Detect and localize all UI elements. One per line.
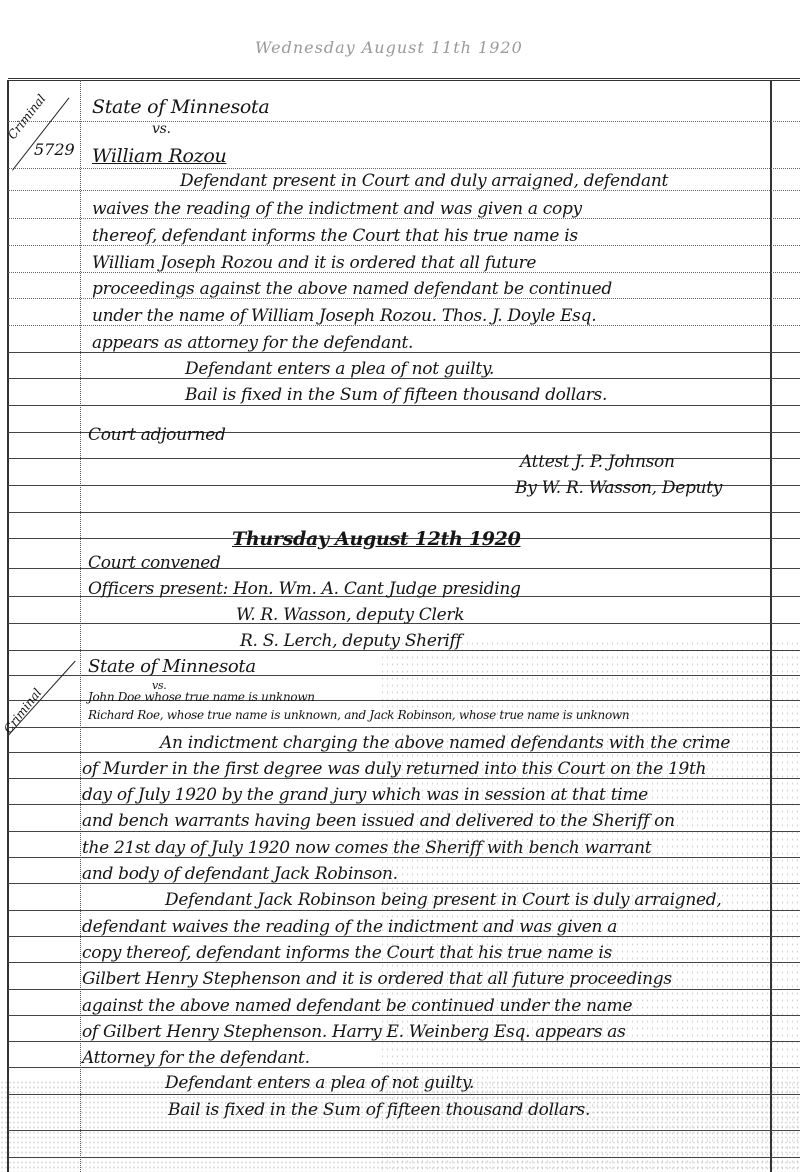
ruled-line [8, 727, 800, 728]
entry-text-line: of Murder in the first degree was duly r… [82, 759, 706, 779]
ruled-line [8, 458, 800, 459]
entry-text-line: waives the reading of the indictment and… [92, 199, 582, 219]
entry-text-line: William Joseph Rozou and it is ordered t… [92, 253, 536, 273]
defendants-roe-robinson: Richard Roe, whose true name is unknown,… [88, 708, 629, 722]
officers-present: Officers present: Hon. Wm. A. Cant Judge… [88, 579, 521, 599]
page-header: Wednesday August 11th 1920 [255, 38, 523, 57]
margin-slash [8, 661, 76, 736]
ruled-line [8, 121, 800, 122]
entry-text-line: Attorney for the defendant. [82, 1048, 310, 1068]
ruled-line [8, 1157, 800, 1158]
bail-line: Bail is fixed in the Sum of fifteen thou… [185, 385, 607, 405]
case-caption-plaintiff: State of Minnesota [88, 656, 256, 677]
ruled-line [8, 1130, 800, 1131]
entry-text-line: thereof, defendant informs the Court tha… [92, 226, 578, 246]
entry-text-line: the 21st day of July 1920 now comes the … [82, 838, 651, 858]
entry-text-line: Defendant present in Court and duly arra… [180, 171, 668, 191]
entry-text-line: against the above named defendant be con… [82, 996, 632, 1016]
date-heading: Thursday August 12th 1920 [232, 528, 521, 550]
ruled-line [8, 168, 800, 169]
entry-text-line: proceedings against the above named defe… [92, 279, 612, 299]
left-border [7, 80, 9, 1172]
top-double-rule [8, 78, 800, 81]
court-adjourned: Court adjourned [88, 425, 226, 445]
entry-text-line: defendant waives the reading of the indi… [82, 917, 617, 937]
ruled-line [8, 910, 800, 911]
left-margin-line [80, 80, 81, 1172]
ledger-page: Wednesday August 11th 1920 Criminal 5729… [0, 0, 800, 1172]
right-margin-line [770, 80, 772, 1172]
court-convened: Court convened [88, 553, 221, 573]
ruled-line [8, 405, 800, 406]
entry-text-line: and bench warrants having been issued an… [82, 811, 675, 831]
bail-line: Bail is fixed in the Sum of fifteen thou… [168, 1100, 590, 1120]
entry-text-line: An indictment charging the above named d… [160, 733, 730, 753]
margin-note-criminal: Criminal [5, 92, 48, 142]
ruled-line [8, 989, 800, 990]
plea-line: Defendant enters a plea of not guilty. [165, 1073, 474, 1093]
entry-text-line: and body of defendant Jack Robinson. [82, 864, 398, 884]
entry-text-line: day of July 1920 by the grand jury which… [82, 785, 648, 805]
officer-sheriff: R. S. Lerch, deputy Sheriff [240, 631, 462, 651]
deputy-signature: By W. R. Wasson, Deputy [515, 478, 722, 498]
entry-text-line: Defendant Jack Robinson being present in… [165, 890, 721, 910]
entry-text-line: appears as attorney for the defendant. [92, 333, 413, 353]
entry-text-line: copy thereof, defendant informs the Cour… [82, 943, 612, 963]
case-caption-versus: vs. [152, 121, 171, 137]
plea-line: Defendant enters a plea of not guilty. [185, 359, 494, 379]
entry-text-line: Gilbert Henry Stephenson and it is order… [82, 969, 672, 989]
entry-text-line: under the name of William Joseph Rozou. … [92, 306, 596, 326]
case-caption-defendant: William Rozou [92, 145, 226, 167]
attest-signature: Attest J. P. Johnson [520, 452, 675, 472]
case-caption-plaintiff: State of Minnesota [92, 96, 269, 118]
ruled-line [8, 831, 800, 832]
ruled-line [8, 1094, 800, 1095]
ruled-line [8, 512, 800, 513]
defendant-john-doe: John Doe whose true name is unknown [88, 690, 315, 704]
entry-text-line: of Gilbert Henry Stephenson. Harry E. We… [82, 1022, 626, 1042]
case-number: 5729 [34, 140, 75, 159]
officer-clerk: W. R. Wasson, deputy Clerk [236, 605, 464, 625]
